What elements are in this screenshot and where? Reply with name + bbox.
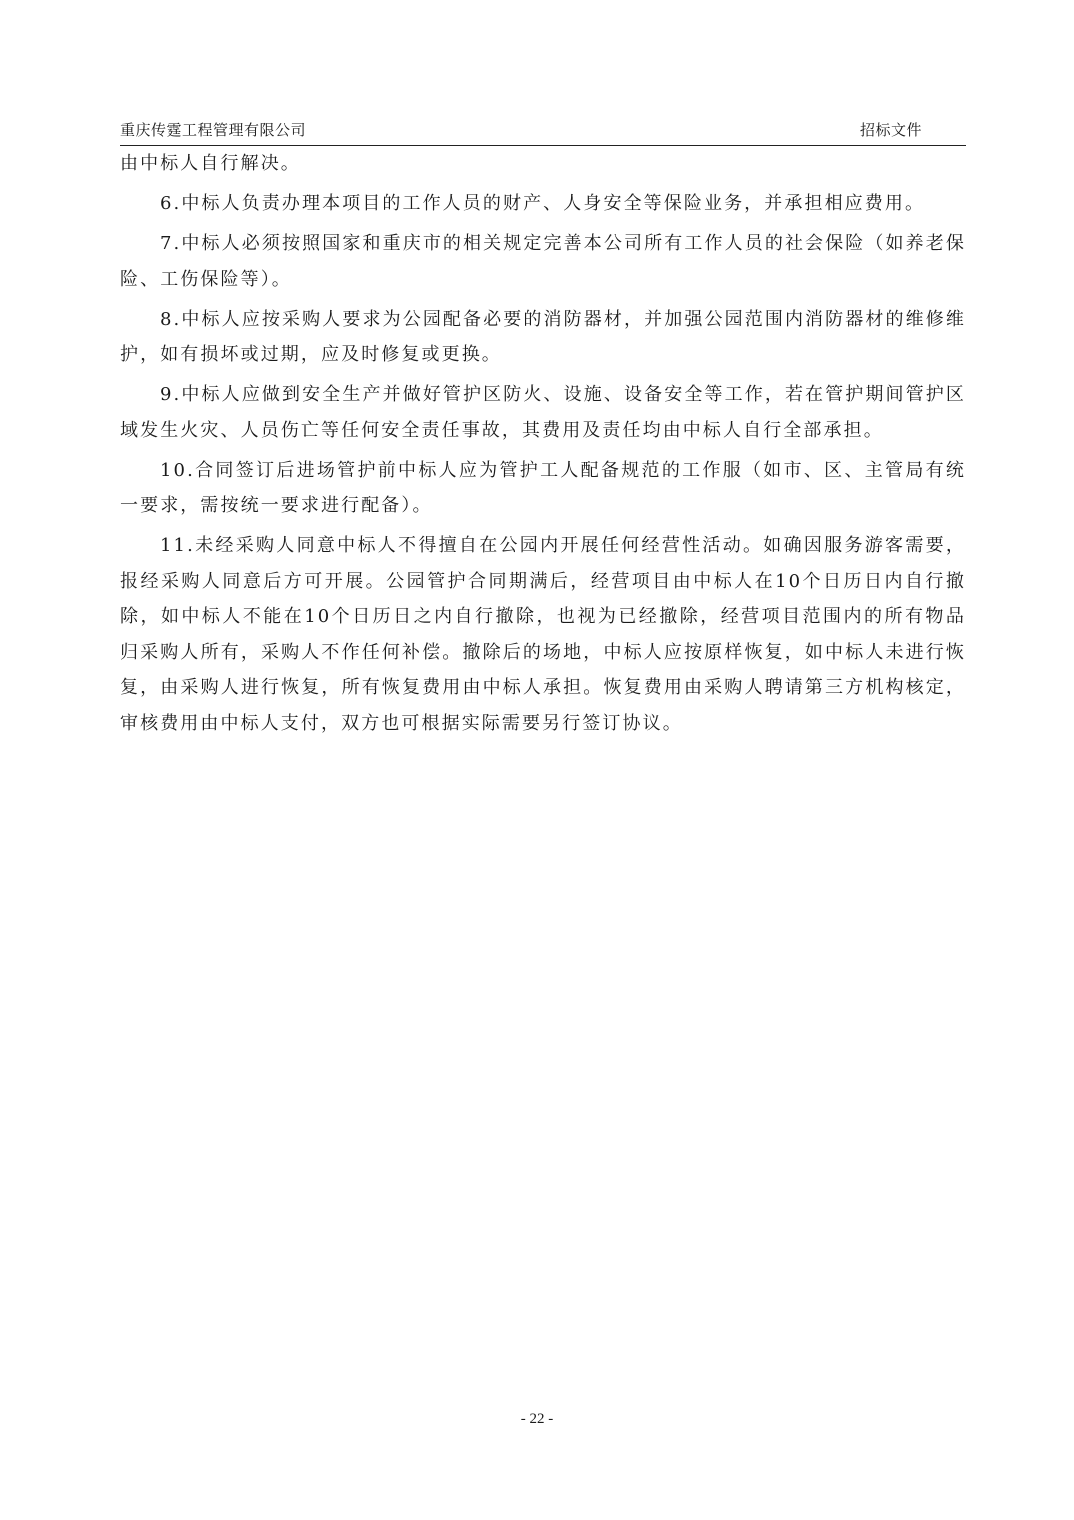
continuation-paragraph: 由中标人自行解决。 — [120, 146, 966, 182]
clause-6: 6.中标人负责办理本项目的工作人员的财产、人身安全等保险业务，并承担相应费用。 — [120, 186, 966, 222]
clause-number: 7. — [160, 233, 181, 254]
clause-number: 9. — [160, 384, 181, 405]
clause-7: 7.中标人必须按照国家和重庆市的相关规定完善本公司所有工作人员的社会保险（如养老… — [120, 226, 966, 297]
document-body: 由中标人自行解决。 6.中标人负责办理本项目的工作人员的财产、人身安全等保险业务… — [120, 146, 966, 741]
page-number: - 22 - — [0, 1411, 1074, 1428]
clause-11: 11.未经采购人同意中标人不得擅自在公园内开展任何经营性活动。如确因服务游客需要… — [120, 528, 966, 741]
clause-number: 10. — [160, 460, 195, 481]
document-type: 招标文件 — [860, 119, 922, 140]
clause-text: 中标人应做到安全生产并做好管护区防火、设施、设备安全等工作，若在管护期间管护区域… — [120, 384, 966, 441]
clause-text: 未经采购人同意中标人不得擅自在公园内开展任何经营性活动。如确因服务游客需要，报经… — [120, 535, 966, 734]
clause-number: 8. — [160, 309, 181, 330]
clause-number: 6. — [160, 193, 181, 214]
clause-9: 9.中标人应做到安全生产并做好管护区防火、设施、设备安全等工作，若在管护期间管护… — [120, 377, 966, 448]
clause-number: 11. — [160, 535, 195, 556]
clause-text: 中标人应按采购人要求为公园配备必要的消防器材，并加强公园范围内消防器材的维修维护… — [120, 309, 966, 366]
clause-text: 合同签订后进场管护前中标人应为管护工人配备规范的工作服（如市、区、主管局有统一要… — [120, 460, 966, 517]
clause-10: 10.合同签订后进场管护前中标人应为管护工人配备规范的工作服（如市、区、主管局有… — [120, 453, 966, 524]
clause-8: 8.中标人应按采购人要求为公园配备必要的消防器材，并加强公园范围内消防器材的维修… — [120, 302, 966, 373]
page-header: 重庆传霆工程管理有限公司 招标文件 — [120, 117, 966, 146]
company-name: 重庆传霆工程管理有限公司 — [120, 119, 306, 140]
clause-text: 中标人负责办理本项目的工作人员的财产、人身安全等保险业务，并承担相应费用。 — [181, 193, 925, 214]
clause-text: 中标人必须按照国家和重庆市的相关规定完善本公司所有工作人员的社会保险（如养老保险… — [120, 233, 966, 290]
